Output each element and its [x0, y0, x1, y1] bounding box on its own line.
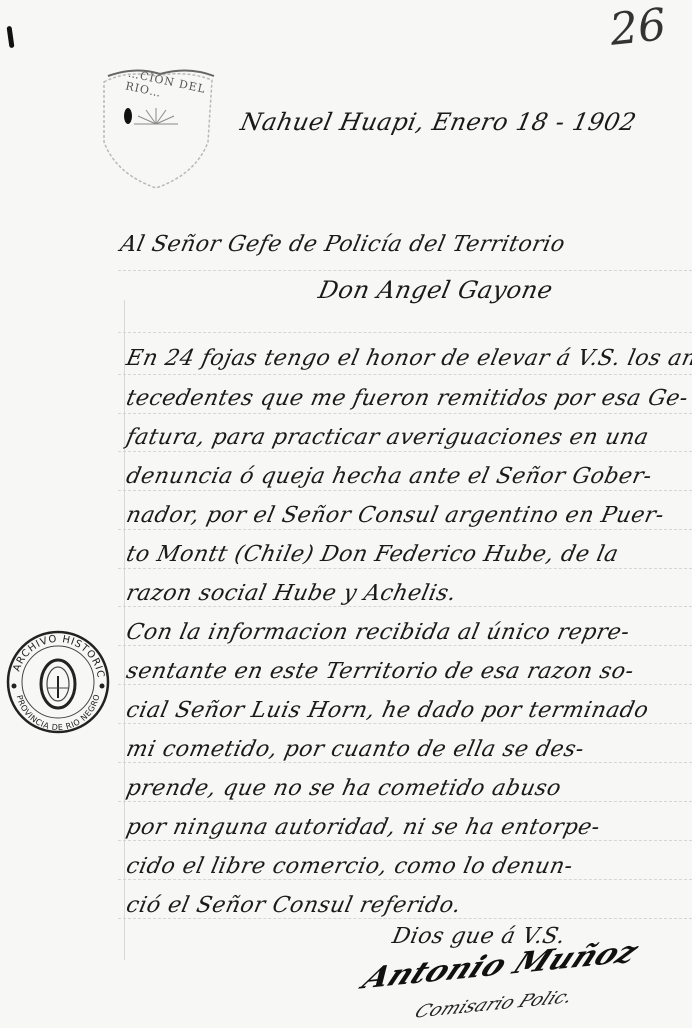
ruled-line [118, 451, 692, 452]
recipient-line-1: Al Señor Gefe de Policía del Territorio [118, 232, 567, 257]
ruled-line [118, 374, 692, 375]
ruled-line [118, 762, 692, 763]
body-line: En 24 fojas tengo el honor de elevar á V… [124, 346, 692, 371]
body-line: por ninguna autoridad, ni se ha entorpe- [124, 815, 602, 840]
ink-blot [124, 108, 132, 124]
ruled-line [118, 529, 692, 530]
body-line: denuncia ó queja hecha ante el Señor Gob… [124, 464, 654, 489]
ruled-line [118, 568, 692, 569]
body-line: nador, por el Señor Consul argentino en … [124, 503, 666, 528]
ruled-line [118, 684, 692, 685]
body-line: fatura, para practicar averiguaciones en… [124, 425, 651, 450]
body-line: ció el Señor Consul referido. [124, 893, 463, 918]
body-line: mi cometido, por cuanto de ella se des- [124, 737, 586, 762]
ruled-line [118, 801, 692, 802]
place-date: Nahuel Huapi, Enero 18 - 1902 [238, 108, 639, 136]
ruled-line [118, 413, 692, 414]
ruled-line [118, 723, 692, 724]
svg-text:ARCHIVO HISTORICO: ARCHIVO HISTORICO [4, 628, 106, 679]
ruled-line [118, 879, 692, 880]
ruled-line [118, 645, 692, 646]
body-line: to Montt (Chile) Don Federico Hube, de l… [124, 542, 621, 567]
signature-title: Comisario Polic. [411, 986, 577, 1022]
body-line: sentante en este Territorio de esa razon… [124, 659, 636, 684]
body-line: tecedentes que me fueron remitidos por e… [124, 386, 691, 411]
ruled-line [118, 490, 692, 491]
ruled-line [118, 332, 692, 333]
body-line: Con la informacion recibida al único rep… [124, 620, 632, 645]
ruled-line [118, 606, 692, 607]
ink-mark [6, 26, 14, 48]
ruled-line [118, 270, 692, 271]
ruled-line [118, 918, 692, 919]
archive-stamp: ARCHIVO HISTORICO PROVINCIA DE RIO NEGRO [4, 628, 112, 736]
body-line: prende, que no se ha cometido abuso [124, 776, 564, 801]
document-page: 26 …CION DEL RIO… Nahuel Huapi, Enero 18… [0, 0, 692, 1028]
recipient-line-2: Don Angel Gayone [316, 276, 556, 304]
folio-number: 26 [607, 0, 668, 56]
body-line: cido el libre comercio, como lo denun- [124, 854, 575, 879]
body-line: cial Señor Luis Horn, he dado por termin… [124, 698, 651, 723]
archive-seal-icon: ARCHIVO HISTORICO PROVINCIA DE RIO NEGRO [4, 628, 112, 736]
letterhead-shield-stamp: …CION DEL RIO… [96, 62, 218, 190]
archive-stamp-top-text: ARCHIVO HISTORICO [4, 628, 106, 679]
ruled-line [118, 840, 692, 841]
svg-text:PROVINCIA DE RIO NEGRO: PROVINCIA DE RIO NEGRO [15, 693, 102, 732]
archive-stamp-bottom-text: PROVINCIA DE RIO NEGRO [15, 693, 102, 732]
body-line: razon social Hube y Achelis. [124, 581, 459, 606]
margin-line [124, 300, 125, 960]
